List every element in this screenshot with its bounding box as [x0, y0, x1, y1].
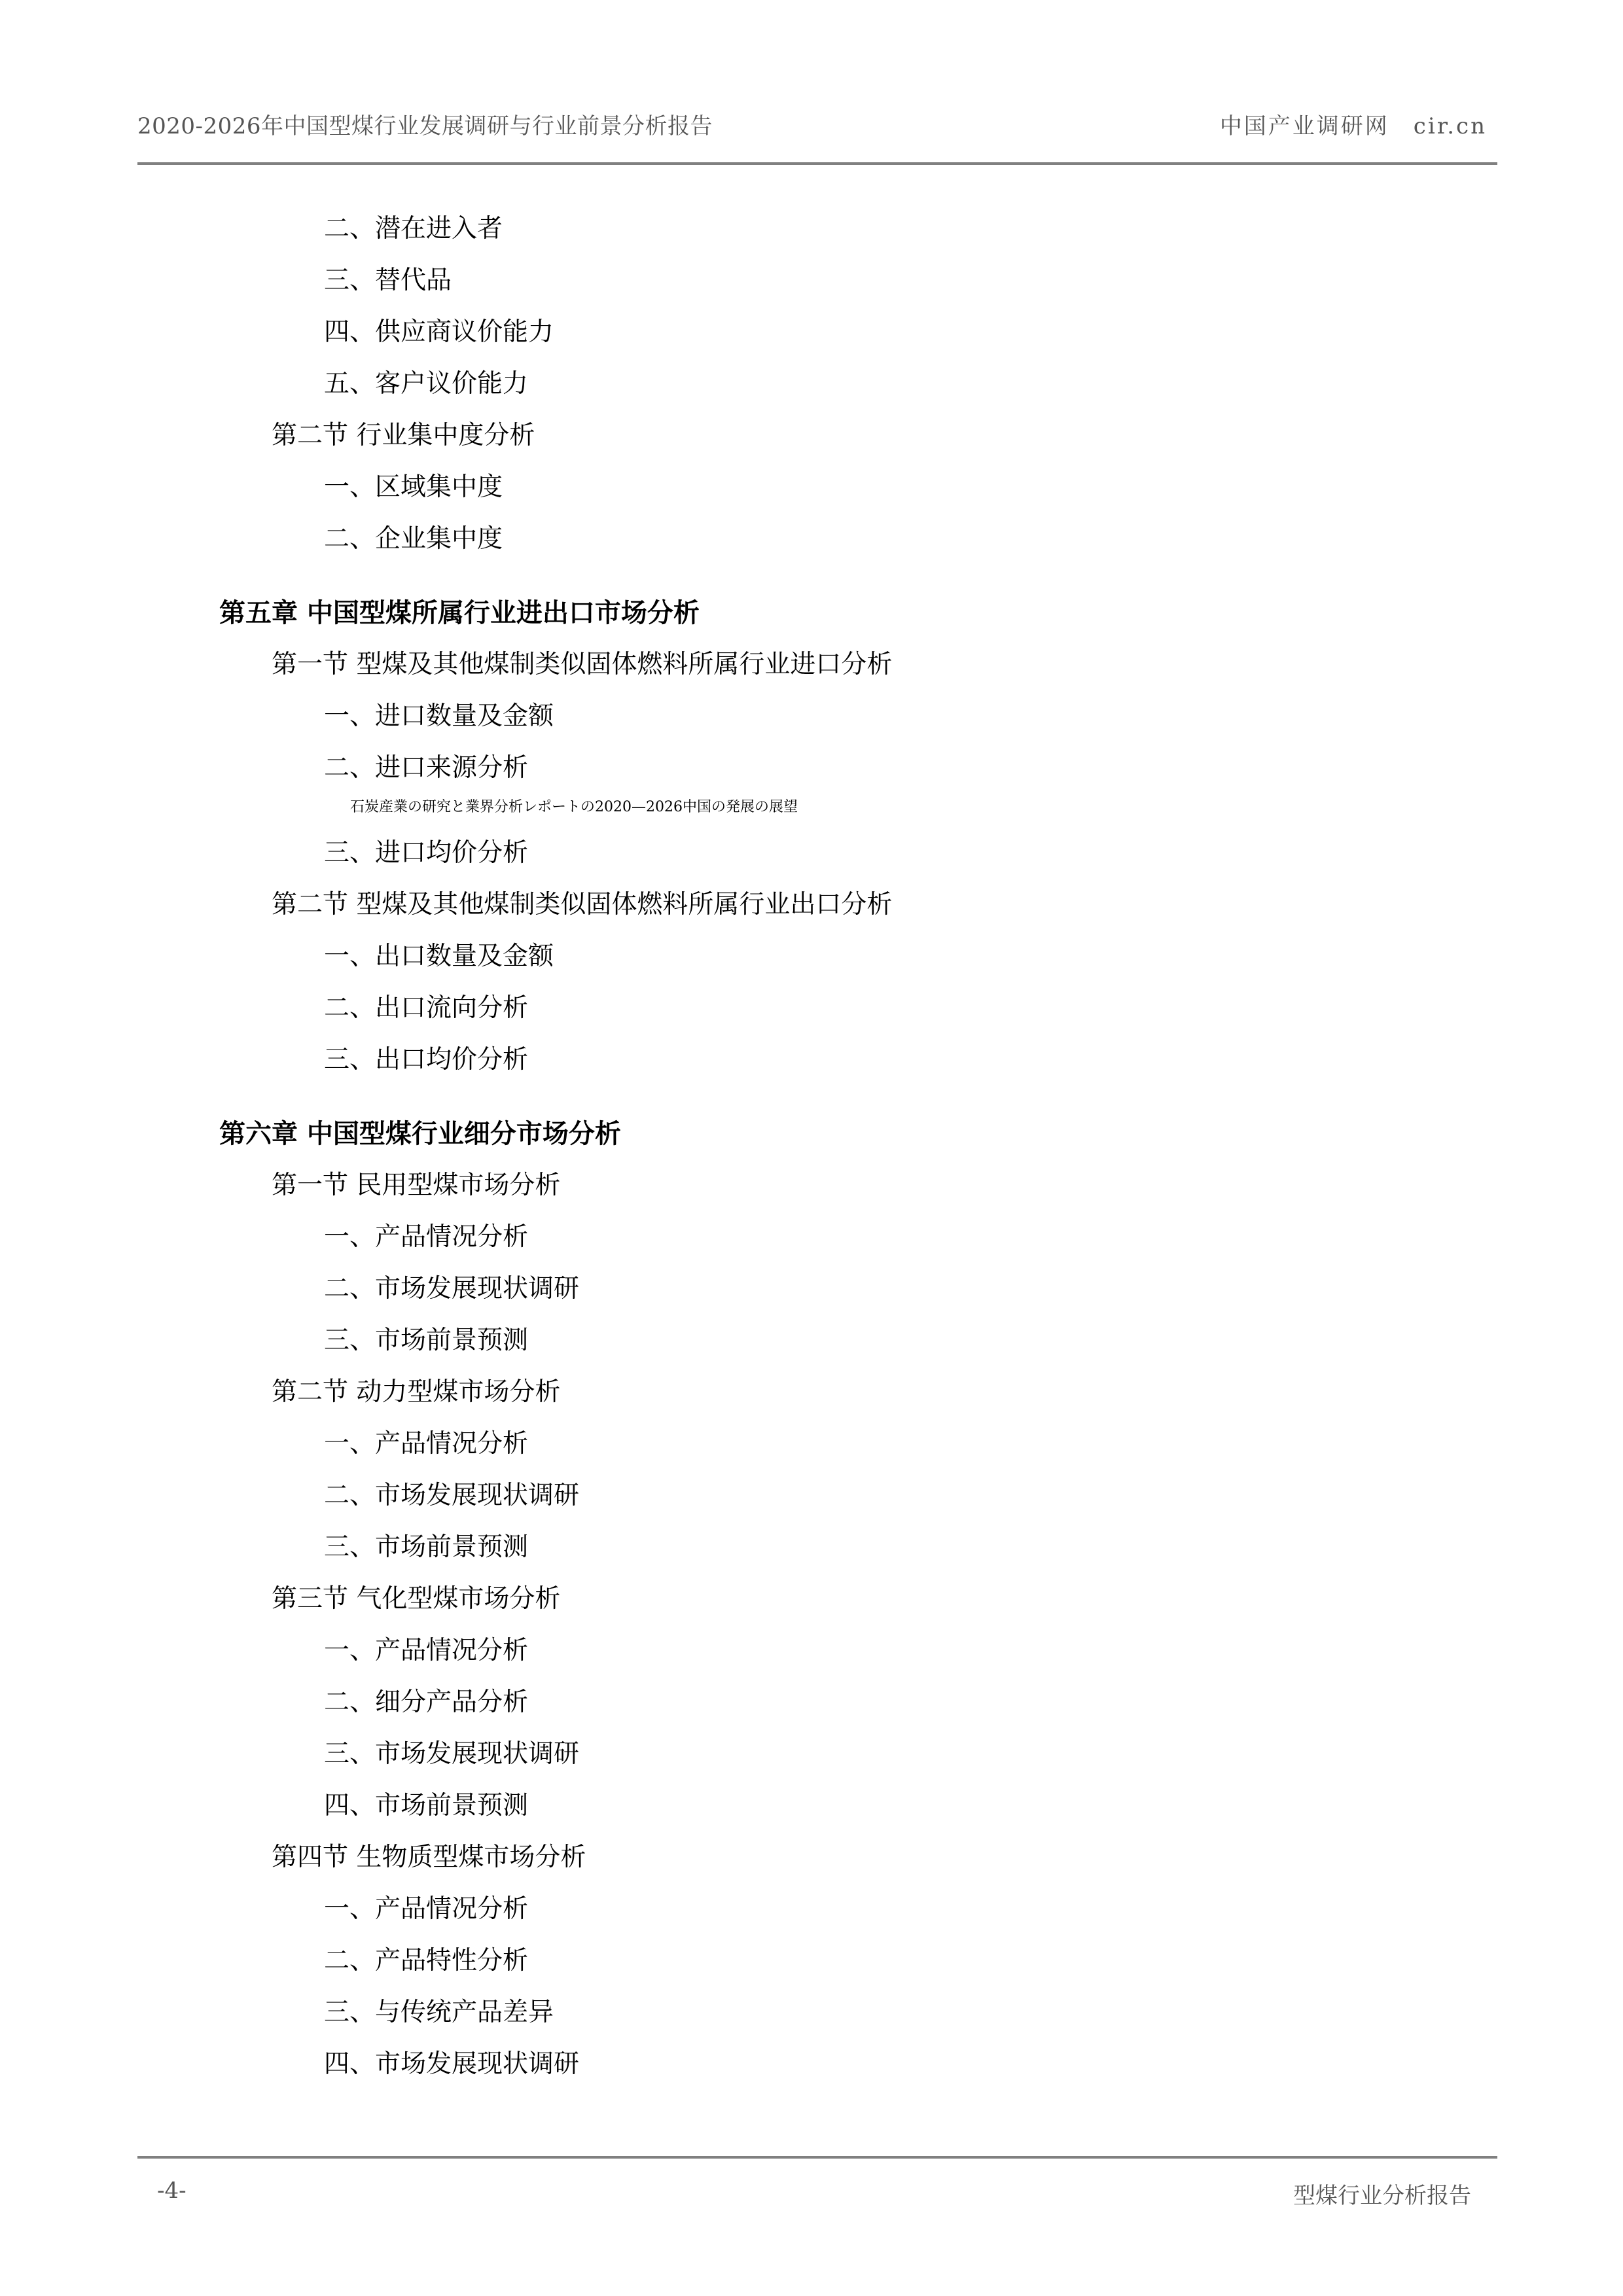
toc-item: 一、进口数量及金额 — [324, 703, 554, 729]
toc-item: 三、市场发展现状调研 — [324, 1741, 579, 1767]
toc-item: 三、出口均价分析 — [324, 1047, 528, 1072]
page-number: -4- — [157, 2178, 187, 2204]
toc-section: 第一节 型煤及其他煤制类似固体燃料所属行业进口分析 — [272, 652, 892, 677]
toc-section: 第四节 生物质型煤市场分析 — [272, 1845, 586, 1870]
report-title-header: 2020-2026年中国型煤行业发展调研与行业前景分析报告 — [137, 108, 713, 140]
toc-item: 二、细分产品分析 — [324, 1689, 528, 1715]
toc-item: 三、与传统产品差异 — [324, 2000, 554, 2025]
toc-section: 第二节 动力型煤市场分析 — [272, 1379, 560, 1405]
toc-item: 二、市场发展现状调研 — [324, 1276, 579, 1301]
toc-item: 一、产品情况分析 — [324, 1224, 528, 1250]
toc-item: 二、潜在进入者 — [324, 216, 503, 241]
toc-item: 二、出口流向分析 — [324, 995, 528, 1021]
toc-item: 四、市场前景预测 — [324, 1793, 528, 1818]
toc-item: 三、替代品 — [324, 268, 452, 293]
toc-section: 第二节 行业集中度分析 — [272, 423, 535, 448]
toc-chapter: 第五章 中国型煤所属行业进出口市场分析 — [219, 600, 700, 626]
footer-divider — [137, 2156, 1497, 2159]
report-name-footer: 型煤行业分析报告 — [1293, 2178, 1471, 2210]
site-name-header: 中国产业调研网 cir.cn — [1220, 108, 1487, 140]
toc-section: 第一节 民用型煤市场分析 — [272, 1173, 560, 1198]
toc-item: 一、出口数量及金额 — [324, 944, 554, 969]
toc-item: 三、市场前景预测 — [324, 1534, 528, 1560]
toc-section: 第二节 型煤及其他煤制类似固体燃料所属行业出口分析 — [272, 892, 892, 917]
toc-item: 二、企业集中度 — [324, 526, 503, 552]
toc-chapter: 第六章 中国型煤行业细分市场分析 — [219, 1121, 621, 1147]
toc-item: 一、产品情况分析 — [324, 1638, 528, 1663]
toc-item: 二、产品特性分析 — [324, 1948, 528, 1973]
toc-item: 五、客户议价能力 — [324, 371, 528, 397]
toc-item: 二、进口来源分析 — [324, 755, 528, 781]
toc-item: 四、供应商议价能力 — [324, 319, 554, 345]
toc-item: 三、进口均价分析 — [324, 840, 528, 866]
toc-item: 一、产品情况分析 — [324, 1896, 528, 1922]
toc-item: 一、产品情况分析 — [324, 1431, 528, 1457]
toc-item: 一、区域集中度 — [324, 474, 503, 500]
toc-section: 第三节 气化型煤市场分析 — [272, 1586, 560, 1612]
toc-item: 四、市场发展现状调研 — [324, 2051, 579, 2077]
toc-item: 二、市场发展现状调研 — [324, 1483, 579, 1508]
toc-item: 三、市场前景预测 — [324, 1328, 528, 1353]
japanese-title-note: 石炭産業の研究と業界分析レポートの2020—2026中国の発展の展望 — [350, 796, 798, 816]
header-divider — [137, 162, 1497, 165]
